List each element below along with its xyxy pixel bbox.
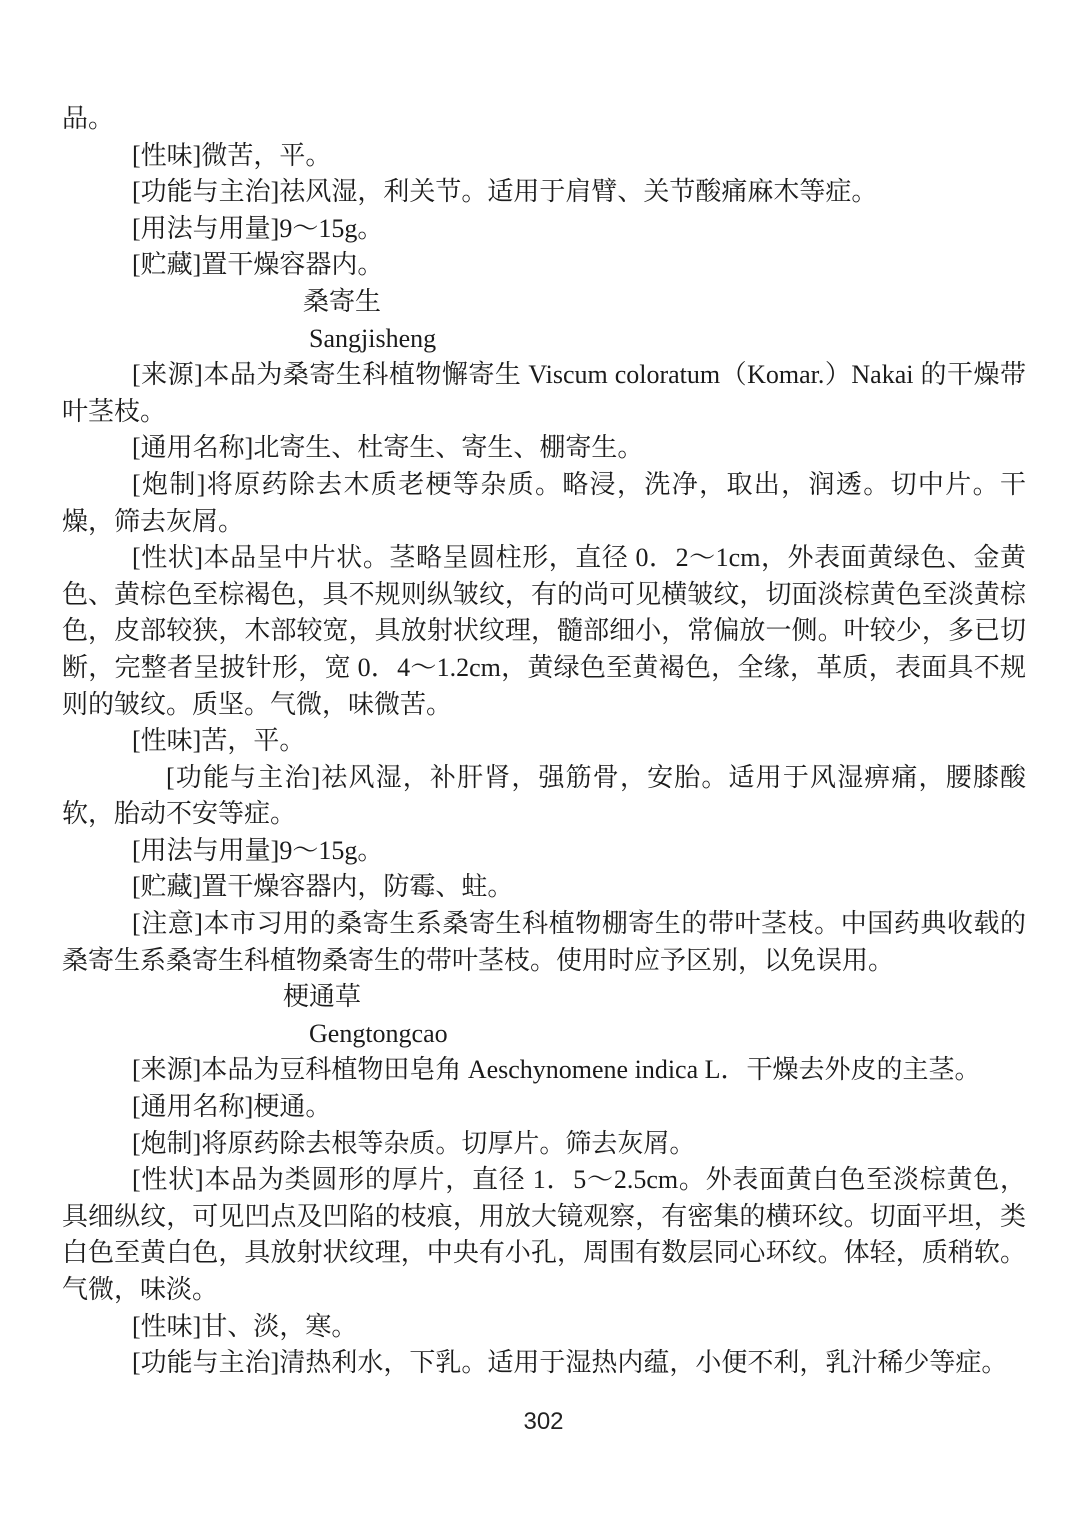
paragraph-xingwei: [性味]苦，平。 (62, 723, 1026, 760)
entry-title-sangjisheng: 桑寄生 (62, 284, 1026, 321)
paragraph-paozhi: [炮制]将原药除去根等杂质。切厚片。筛去灰屑。 (62, 1126, 1026, 1163)
paragraph-zhucang: [贮藏]置干燥容器内。 (62, 247, 1026, 284)
paragraph-gongneng: [功能与主治]祛风湿，补肝肾，强筋骨，安胎。适用于风湿痹痛，腰膝酸软，胎动不安等… (62, 760, 1026, 833)
paragraph-zhuyi: [注意]本市习用的桑寄生系桑寄生科植物棚寄生的带叶茎枝。中国药典收载的桑寄生系桑… (62, 906, 1026, 979)
paragraph-gongneng: [功能与主治]清热利水，下乳。适用于湿热内蕴，小便不利，乳汁稀少等症。 (62, 1345, 1026, 1382)
paragraph-laiyuan: [来源]本品为桑寄生科植物懈寄生 Viscum coloratum（Komar.… (62, 357, 1026, 430)
paragraph-xingzhuang: [性状]本品呈中片状。茎略呈圆柱形，直径 0．2～1cm，外表面黄绿色、金黄色、… (62, 540, 1026, 723)
document-page: 品。 [性味]微苦，平。 [功能与主治]祛风湿，利关节。适用于肩臂、关节酸痛麻木… (0, 0, 1087, 1536)
paragraph-zhucang: [贮藏]置干燥容器内，防霉、蛀。 (62, 869, 1026, 906)
page-text: 品。 [性味]微苦，平。 [功能与主治]祛风湿，利关节。适用于肩臂、关节酸痛麻木… (62, 101, 1026, 1382)
paragraph-tongyong-mingcheng: [通用名称]北寄生、杜寄生、寄生、棚寄生。 (62, 430, 1026, 467)
entry-pinyin-gengtongcao: Gengtongcao (62, 1016, 1026, 1053)
paragraph-gongneng: [功能与主治]祛风湿，利关节。适用于肩臂、关节酸痛麻木等症。 (62, 174, 1026, 211)
paragraph-yongfa: [用法与用量]9～15g。 (62, 211, 1026, 248)
page-number: 302 (0, 1408, 1087, 1436)
paragraph-tongyong-mingcheng: [通用名称]梗通。 (62, 1089, 1026, 1126)
entry-pinyin-sangjisheng: Sangjisheng (62, 321, 1026, 358)
paragraph-paozhi: [炮制]将原药除去木质老梗等杂质。略浸，洗净，取出，润透。切中片。干燥，筛去灰屑… (62, 467, 1026, 540)
paragraph-continuation: 品。 (62, 101, 1026, 138)
paragraph-yongfa: [用法与用量]9～15g。 (62, 833, 1026, 870)
entry-title-gengtongcao: 梗通草 (62, 979, 1026, 1016)
paragraph-laiyuan: [来源]本品为豆科植物田皂角 Aeschynomene indica L．干燥去… (62, 1052, 1026, 1089)
paragraph-xingzhuang: [性状]本品为类圆形的厚片，直径 1．5～2.5cm。外表面黄白色至淡棕黄色，具… (62, 1162, 1026, 1308)
paragraph-xingwei: [性味]微苦，平。 (62, 138, 1026, 175)
paragraph-xingwei: [性味]甘、淡，寒。 (62, 1309, 1026, 1346)
